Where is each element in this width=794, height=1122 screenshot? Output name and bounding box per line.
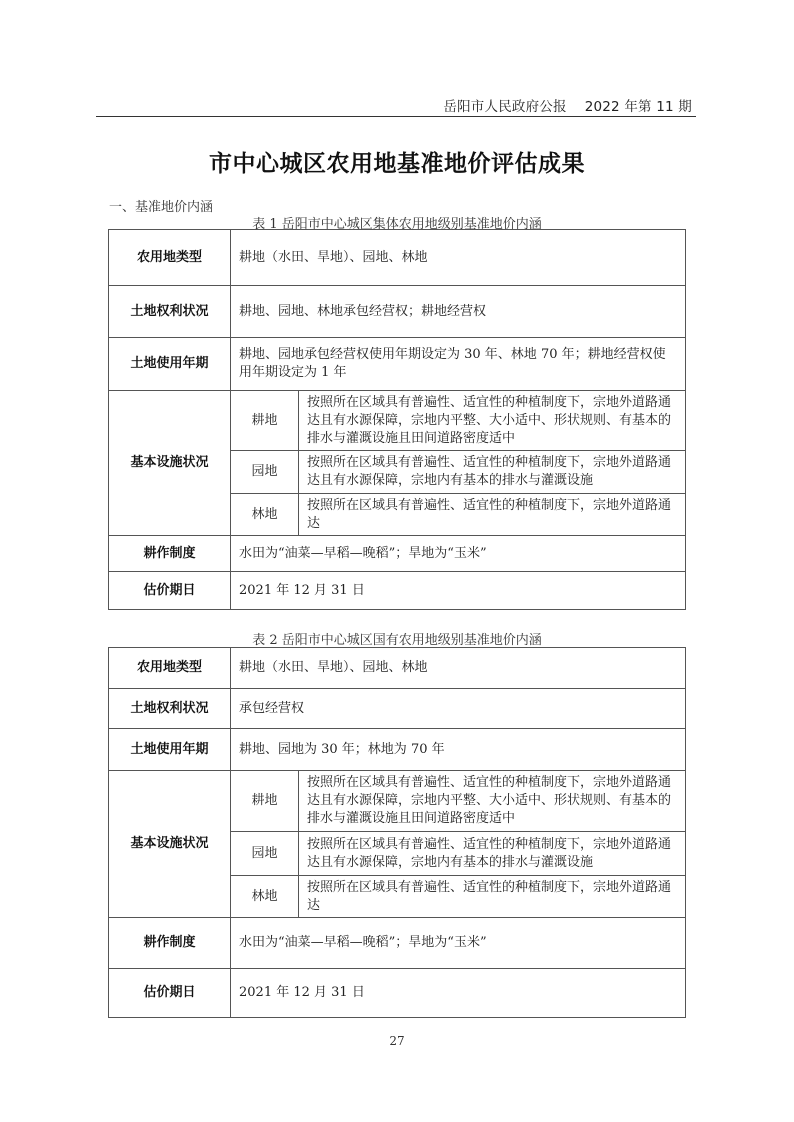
- publication-name: 岳阳市人民政府公报: [443, 99, 566, 115]
- table-row: 土地权利状况 耕地、园地、林地承包经营权；耕地经营权: [109, 286, 686, 338]
- row-value: 耕地、园地为 30 年；林地为 70 年: [231, 729, 686, 771]
- sub-type: 耕地: [231, 391, 299, 451]
- table-row: 农用地类型 耕地（水田、旱地）、园地、林地: [109, 648, 686, 689]
- sub-value: 按照所在区域具有普遍性、适宜性的种植制度下，宗地外道路通达: [299, 494, 686, 536]
- table-2-caption: 表 2 岳阳市中心城区国有农用地级别基准地价内涵: [0, 629, 794, 648]
- table-row: 土地权利状况 承包经营权: [109, 689, 686, 729]
- row-label: 基本设施状况: [109, 771, 231, 918]
- row-label: 土地权利状况: [109, 286, 231, 338]
- table-row: 土地使用年期 耕地、园地为 30 年；林地为 70 年: [109, 729, 686, 771]
- sub-value: 按照所在区域具有普遍性、适宜性的种植制度下，宗地外道路通达且有水源保障，宗地内平…: [299, 391, 686, 451]
- row-label: 估价期日: [109, 572, 231, 610]
- page-number: 27: [0, 1034, 794, 1048]
- row-value: 耕地（水田、旱地）、园地、林地: [231, 648, 686, 689]
- sub-type: 园地: [231, 832, 299, 876]
- row-value: 承包经营权: [231, 689, 686, 729]
- issue-number: 2022 年第 11 期: [585, 99, 692, 115]
- row-value: 耕地（水田、旱地）、园地、林地: [231, 230, 686, 286]
- row-label: 耕作制度: [109, 536, 231, 572]
- sub-value: 按照所在区域具有普遍性、适宜性的种植制度下，宗地外道路通达且有水源保障，宗地内平…: [299, 771, 686, 832]
- table-row: 基本设施状况 耕地 按照所在区域具有普遍性、适宜性的种植制度下，宗地外道路通达且…: [109, 391, 686, 451]
- row-label: 土地使用年期: [109, 729, 231, 771]
- sub-value: 按照所在区域具有普遍性、适宜性的种植制度下，宗地外道路通达且有水源保障，宗地内有…: [299, 832, 686, 876]
- table-row: 基本设施状况 耕地 按照所在区域具有普遍性、适宜性的种植制度下，宗地外道路通达且…: [109, 771, 686, 832]
- row-label: 土地权利状况: [109, 689, 231, 729]
- row-label: 土地使用年期: [109, 338, 231, 391]
- sub-type: 林地: [231, 494, 299, 536]
- page-title: 市中心城区农用地基准地价评估成果: [0, 145, 794, 178]
- sub-value: 按照所在区域具有普遍性、适宜性的种植制度下，宗地外道路通达且有水源保障，宗地内有…: [299, 451, 686, 494]
- row-label: 农用地类型: [109, 230, 231, 286]
- row-value: 水田为“油菜—早稻—晚稻”；旱地为“玉米”: [231, 536, 686, 572]
- sub-type: 园地: [231, 451, 299, 494]
- row-label: 估价期日: [109, 969, 231, 1018]
- row-value: 2021 年 12 月 31 日: [231, 969, 686, 1018]
- row-value: 2021 年 12 月 31 日: [231, 572, 686, 610]
- sub-type: 林地: [231, 876, 299, 918]
- table-row: 土地使用年期 耕地、园地承包经营权使用年期设定为 30 年、林地 70 年；耕地…: [109, 338, 686, 391]
- sub-value: 按照所在区域具有普遍性、适宜性的种植制度下，宗地外道路通达: [299, 876, 686, 918]
- table-1: 农用地类型 耕地（水田、旱地）、园地、林地 土地权利状况 耕地、园地、林地承包经…: [108, 229, 686, 610]
- row-value: 耕地、园地承包经营权使用年期设定为 30 年、林地 70 年；耕地经营权使用年期…: [231, 338, 686, 391]
- row-label: 耕作制度: [109, 918, 231, 969]
- table-row: 耕作制度 水田为“油菜—早稻—晚稻”；旱地为“玉米”: [109, 918, 686, 969]
- sub-type: 耕地: [231, 771, 299, 832]
- row-value: 耕地、园地、林地承包经营权；耕地经营权: [231, 286, 686, 338]
- table-row: 农用地类型 耕地（水田、旱地）、园地、林地: [109, 230, 686, 286]
- row-value: 水田为“油菜—早稻—晚稻”；旱地为“玉米”: [231, 918, 686, 969]
- table-row: 耕作制度 水田为“油菜—早稻—晚稻”；旱地为“玉米”: [109, 536, 686, 572]
- row-label: 基本设施状况: [109, 391, 231, 536]
- running-header: 岳阳市人民政府公报 2022 年第 11 期: [443, 95, 692, 115]
- table-row: 估价期日 2021 年 12 月 31 日: [109, 969, 686, 1018]
- table-2: 农用地类型 耕地（水田、旱地）、园地、林地 土地权利状况 承包经营权 土地使用年…: [108, 647, 686, 1018]
- table-row: 估价期日 2021 年 12 月 31 日: [109, 572, 686, 610]
- row-label: 农用地类型: [109, 648, 231, 689]
- header-rule: [96, 116, 696, 117]
